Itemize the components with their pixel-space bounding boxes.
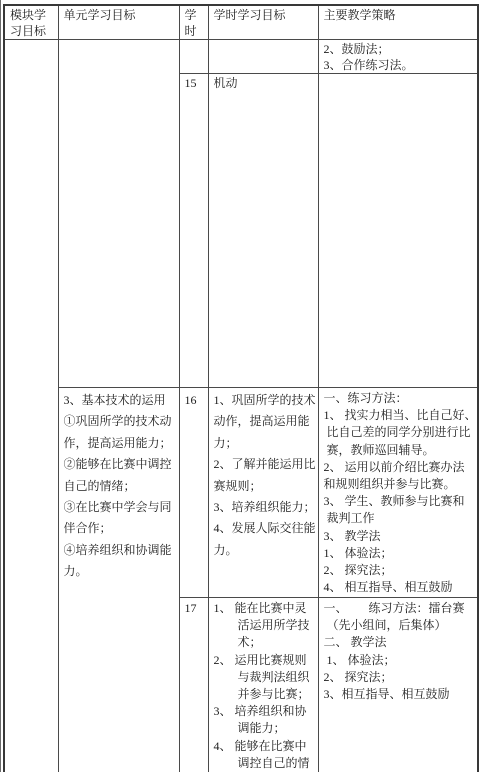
cell-hours-15: 15: [179, 74, 208, 388]
cell-hour-goal-17: 1、 能在比赛中灵 活运用所学技 术； 2、 运用比赛规则 与裁判法组织 并参与…: [208, 598, 318, 772]
cell-strategy-15: [318, 74, 478, 388]
scan-page-edge-line: [0, 0, 1, 772]
cell-hours-blank: [179, 40, 208, 74]
cell-hours-16: 16: [179, 388, 208, 598]
hour-16-row: 3、基本技术的运用 ①巩固所学的技术动 作，提高运用能力； ②能够在比赛中调控 …: [4, 388, 478, 598]
cell-module-goal: [4, 40, 58, 772]
cell-hour-goal-16: 1、巩固所学的技术 动作，提高运用能 力； 2、了解并能运用比 赛规则； 3、培…: [208, 388, 318, 598]
teaching-plan-table: 模块学 习目标 单元学习目标 学 时 学时学习目标 主要教学策略 2、鼓励法； …: [3, 4, 479, 772]
cell-hours-17: 17: [179, 598, 208, 772]
cell-strategy-17: 一、 练习方法：擂台赛 （先小组间，后集体） 二、 教学法 1、 体验法； 2、…: [318, 598, 478, 772]
header-module-goal: 模块学 习目标: [4, 5, 58, 40]
cell-unit-goal-top: [58, 40, 179, 388]
header-unit-goal: 单元学习目标: [58, 5, 179, 40]
header-row: 模块学 习目标 单元学习目标 学 时 学时学习目标 主要教学策略: [4, 5, 478, 40]
cell-hour-goal-15: 机动: [208, 74, 318, 388]
cell-strategy-16: 一、练习方法： 1、 找实力相当、比自己好、 比自己差的同学分别进行比 赛，教师…: [318, 388, 478, 598]
strategy-continuation-row: 2、鼓励法； 3、合作练习法。: [4, 40, 478, 74]
header-hours: 学 时: [179, 5, 208, 40]
header-strategy: 主要教学策略: [318, 5, 478, 40]
header-hour-goal: 学时学习目标: [208, 5, 318, 40]
cell-strategy-continuation: 2、鼓励法； 3、合作练习法。: [318, 40, 478, 74]
cell-unit-goal-main: 3、基本技术的运用 ①巩固所学的技术动 作，提高运用能力； ②能够在比赛中调控 …: [58, 388, 179, 772]
cell-hour-goal-blank: [208, 40, 318, 74]
